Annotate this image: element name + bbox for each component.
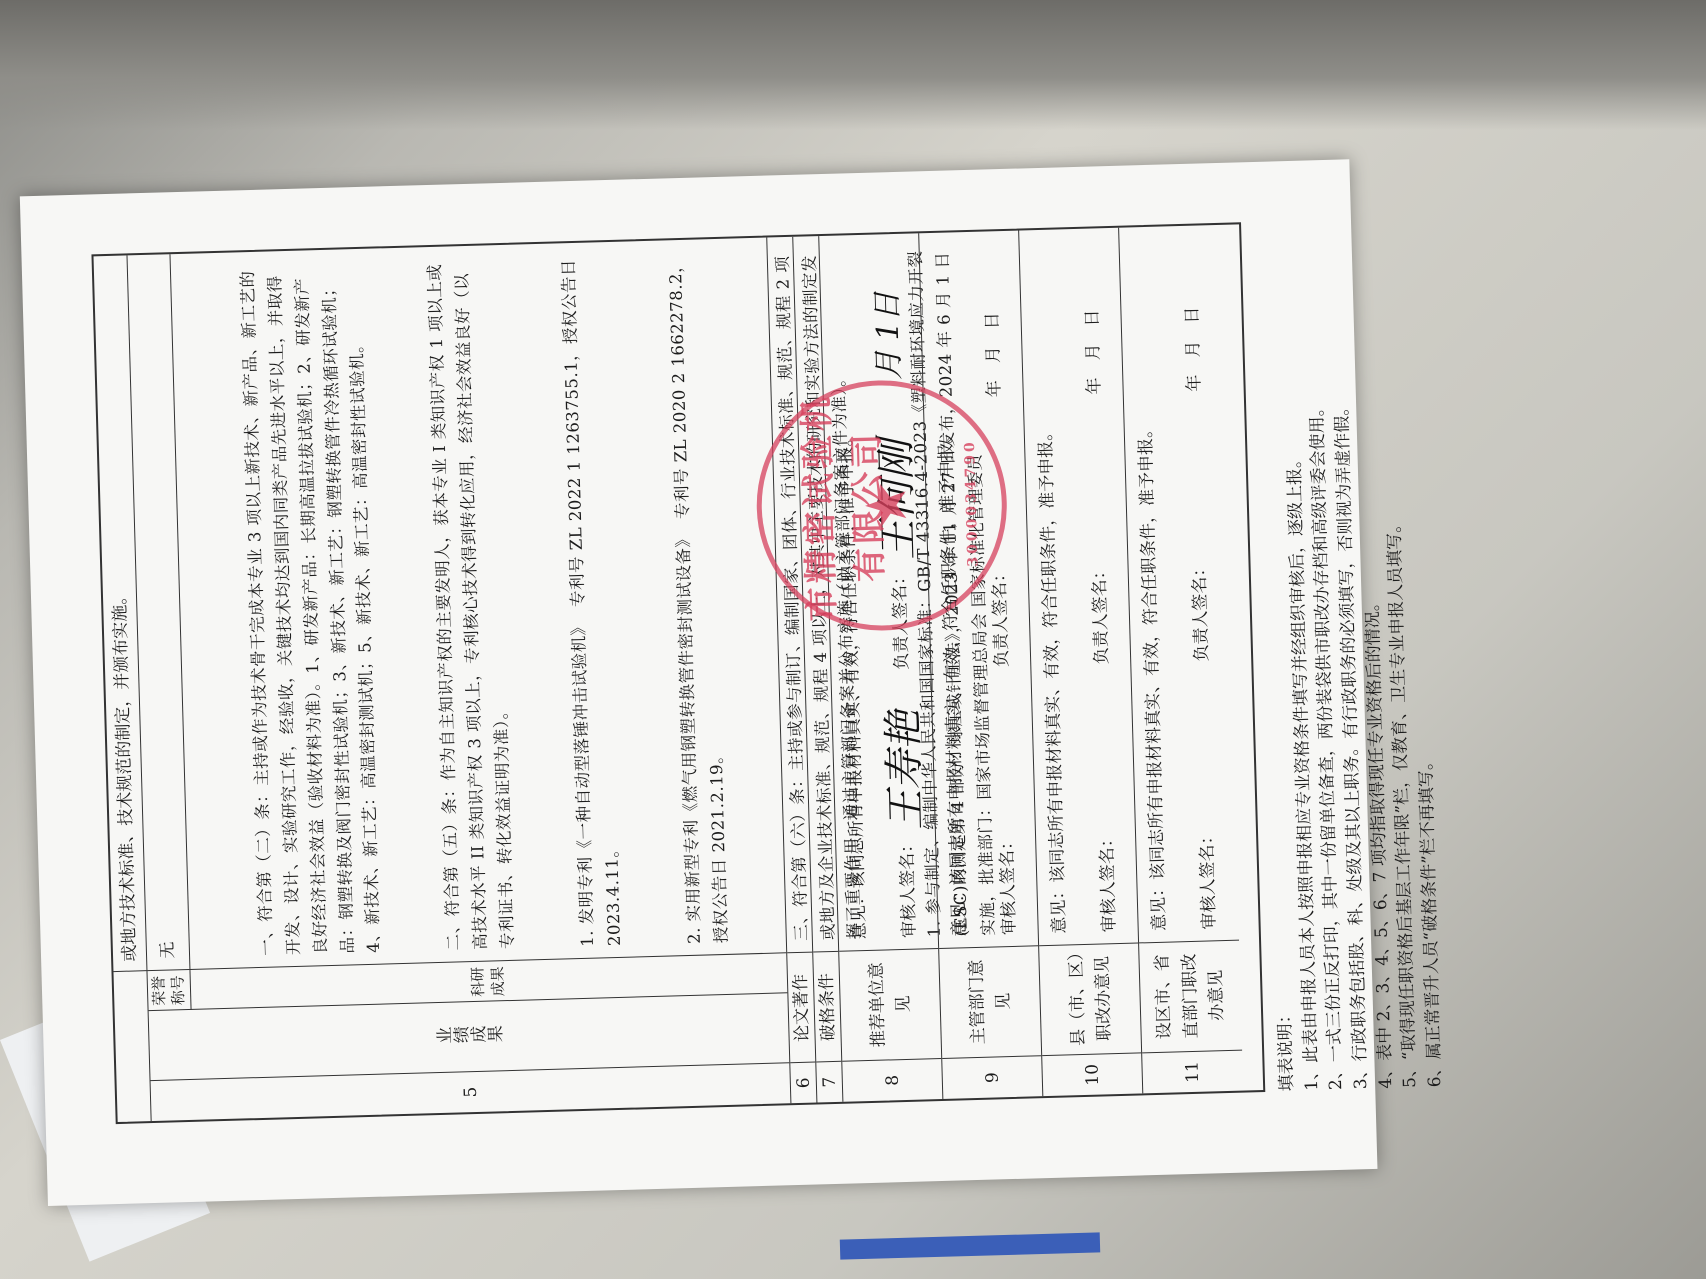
opinion-text: 意见：该同志所有申报材料真实、有效，符合任职条件，准予申报。 (1033, 423, 1074, 934)
honor-value: 无 (155, 941, 182, 959)
reviewer-label: 审核人签名： (994, 833, 1023, 936)
form-page: 或地方技术标准、技术规范的制定，并颁布实施。 5 业绩成果 荣誉称号 无 科研成… (20, 159, 1378, 1206)
research-paragraph: 1. 发明专利《一种自动型落锤冲击试验机》 专利号 ZL 2022 1 1263… (556, 256, 629, 947)
row-number: 8 (842, 1059, 943, 1102)
row-label: 主管部门意见 (939, 952, 1042, 1051)
reviewer-label: 审核人签名： (894, 835, 923, 938)
reviewer-label: 审核人签名： (1194, 827, 1223, 930)
opinion-text: 意见：该同志所有申报材料真实、有效，符合任职条件，准予申报。 (1133, 421, 1174, 932)
research-paragraph: 二、符合第（五）条：作为自主知识产权的主要发明人，获本专业 I 类知识产权 1 … (422, 259, 521, 951)
honor-label: 荣誉称号 (147, 970, 190, 1011)
row-label: 推荐单位意见 (839, 955, 942, 1054)
row-number: 9 (942, 1056, 1043, 1099)
row-5-achievements: 5 业绩成果 荣誉称号 无 科研成果 一、符合第（二）条：主持或作为技术骨干完成… (127, 238, 791, 1122)
date-field: 年 月 日 (1079, 309, 1108, 395)
filling-instructions: 填表说明： 1、此表由申报人员本人按照申报相应专业资格条件填写并经组织审核后，逐… (1251, 207, 1448, 1091)
row-label: 论文著作 (787, 953, 816, 1064)
reviewer-label: 审核人签名： (1094, 830, 1123, 933)
row-number: 7 (816, 1062, 843, 1103)
date-field: 年 月 日 (979, 312, 1008, 398)
head-label: 负责人签名： (1186, 559, 1215, 662)
background-shadow (0, 0, 1706, 130)
research-paragraph: 2. 实用新型专利《燃气用钢塑转换管件密封测试设备》 专利号 ZL 2020 2… (663, 253, 736, 944)
research-paragraph: 一、符合第（二）条：主持或作为技术骨干完成本专业 3 项以上新技术、新产品、新工… (235, 263, 388, 956)
form-table: 或地方技术标准、技术规范的制定，并颁布实施。 5 业绩成果 荣誉称号 无 科研成… (91, 222, 1265, 1124)
head-label: 负责人签名： (986, 565, 1015, 668)
head-label: 负责人签名： (1086, 562, 1115, 665)
row-label: 县（市、区）职改办意见 (1039, 949, 1142, 1048)
research-subrow: 科研成果 一、符合第（二）条：主持或作为技术骨干完成本专业 3 项以上新技术、新… (169, 238, 787, 1010)
opinion-text: 意见：该同志所有申报材料真实、有效，符合任职条件，准予申报。 (933, 426, 974, 937)
seal-star-icon: ★ (853, 385, 919, 627)
background-blue-object (840, 1232, 1100, 1259)
row-number: 11 (1142, 1051, 1243, 1094)
row-label: 破格条件 (813, 952, 842, 1063)
date-field: 年 月 日 (1179, 306, 1208, 392)
row-label: 设区市、省直部门职改办意见 (1139, 947, 1242, 1046)
date-handwritten: 月 1日 (865, 291, 914, 381)
reviewer-signature: 王寿艳 (872, 709, 937, 831)
row-number: 10 (1042, 1053, 1143, 1096)
row-number: 6 (790, 1062, 817, 1103)
